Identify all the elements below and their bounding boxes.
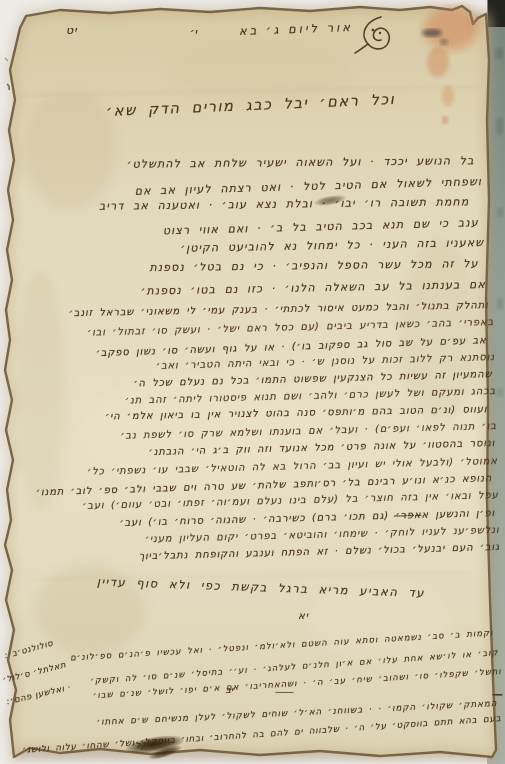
page-number-mark: יט <box>66 24 78 37</box>
section-marker-12: יב <box>225 685 233 696</box>
manuscript-scan: יט אור ליום ג׳ בא י׳ וכל ראם׳ יבל כבג מו… <box>0 0 505 764</box>
main-text-block-upper: בל הנושע יככד · ועל השאוה ישעיר שלחת אב … <box>98 151 486 303</box>
marker-dash: —— <box>275 687 293 698</box>
main-text-block-lower: ותהלק בתנול׳ והבל כמעט איסור לכתתי׳ · בע… <box>31 297 500 568</box>
manuscript-line: בל הנושע יככד · ועל השאוה ישעיר שלחת אב … <box>98 151 475 176</box>
section-marker-11: יא <box>298 611 309 622</box>
header-letter-mark: י׳ <box>190 26 197 39</box>
